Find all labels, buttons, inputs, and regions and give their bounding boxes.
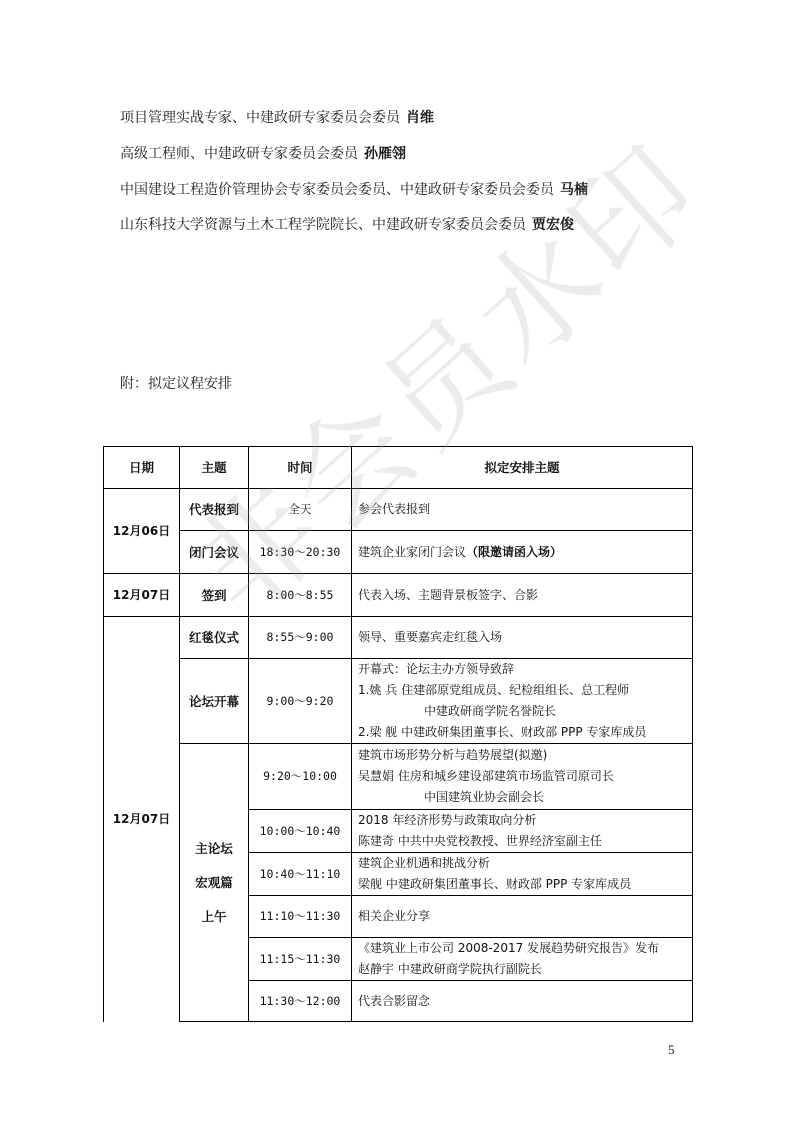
expert-title: 中国建设工程造价管理协会专家委员会委员、中建政研专家委员会委员 bbox=[120, 182, 554, 198]
date-cell: 12月07日 bbox=[104, 617, 180, 1022]
topic-cell: 论坛开幕 bbox=[180, 659, 249, 744]
topic-cell: 代表报到 bbox=[180, 489, 249, 531]
detail-line: 中建政研商学院名誉院长 bbox=[358, 701, 686, 722]
detail-line: 建筑市场形势分析与趋势展望(拟邀) bbox=[358, 745, 686, 766]
detail-line: 开幕式：论坛主办方领导致辞 bbox=[358, 659, 686, 680]
table-row: 12月07日 红毯仪式 8:55～9:00 领导、重要嘉宾走红毯入场 bbox=[104, 617, 693, 659]
topic-cell-main-forum: 主论坛 宏观篇 上午 bbox=[180, 744, 249, 1022]
time-cell: 11:30～12:00 bbox=[249, 981, 352, 1022]
expert-title: 项目管理实战专家、中建政研专家委员会委员 bbox=[120, 110, 400, 126]
expert-name: 贾宏俊 bbox=[532, 217, 574, 233]
detail-line: 赵静宇 中建政研商学院执行副院长 bbox=[358, 959, 686, 980]
detail-cell: 《建筑业上市公司 2008-2017 发展趋势研究报告》发布 赵静宇 中建政研商… bbox=[352, 938, 693, 981]
detail-line: 建筑企业机遇和挑战分析 bbox=[358, 853, 686, 874]
expert-line: 山东科技大学资源与土木工程学院院长、中建政研专家委员会委员贾宏俊 bbox=[120, 215, 574, 235]
topic-cell: 签到 bbox=[180, 574, 249, 617]
header-time: 时间 bbox=[249, 447, 352, 489]
detail-line: 中国建筑业协会副会长 bbox=[358, 787, 686, 808]
agenda-table: 日期 主题 时间 拟定安排主题 12月06日 代表报到 全天 参会代表报到 闭门… bbox=[103, 446, 693, 1022]
date-cell: 12月06日 bbox=[104, 489, 180, 574]
detail-cell: 开幕式：论坛主办方领导致辞 1.姚 兵 住建部原党组成员、纪检组组长、总工程师 … bbox=[352, 659, 693, 744]
expert-name: 马楠 bbox=[560, 182, 588, 198]
topic-cell: 闭门会议 bbox=[180, 531, 249, 574]
topic-line: 上午 bbox=[186, 900, 242, 934]
detail-text: 建筑企业家闭门会议 bbox=[358, 545, 466, 559]
detail-cell: 代表合影留念 bbox=[352, 981, 693, 1022]
time-cell: 10:00～10:40 bbox=[249, 810, 352, 853]
time-cell: 9:20～10:00 bbox=[249, 744, 352, 810]
expert-title: 山东科技大学资源与土木工程学院院长、中建政研专家委员会委员 bbox=[120, 217, 526, 233]
time-cell: 11:15～11:30 bbox=[249, 938, 352, 981]
detail-cell: 2018 年经济形势与政策取向分析 陈建奇 中共中央党校教授、世界经济室副主任 bbox=[352, 810, 693, 853]
expert-name: 肖维 bbox=[406, 110, 434, 126]
table-row: 12月07日 签到 8:00～8:55 代表入场、主题背景板签字、合影 bbox=[104, 574, 693, 617]
expert-line: 高级工程师、中建政研专家委员会委员孙雁翎 bbox=[120, 144, 406, 164]
detail-line: 2.梁 舰 中建政研集团董事长、财政部 PPP 专家库成员 bbox=[358, 722, 686, 743]
detail-cell: 参会代表报到 bbox=[352, 489, 693, 531]
expert-name: 孙雁翎 bbox=[364, 146, 406, 162]
table-header-row: 日期 主题 时间 拟定安排主题 bbox=[104, 447, 693, 489]
detail-cell: 代表入场、主题背景板签字、合影 bbox=[352, 574, 693, 617]
expert-line: 项目管理实战专家、中建政研专家委员会委员肖维 bbox=[120, 108, 434, 128]
page-number: 5 bbox=[668, 1042, 675, 1058]
time-cell: 11:10～11:30 bbox=[249, 896, 352, 938]
detail-line: 《建筑业上市公司 2008-2017 发展趋势研究报告》发布 bbox=[358, 938, 686, 959]
header-detail: 拟定安排主题 bbox=[352, 447, 693, 489]
topic-line: 宏观篇 bbox=[186, 866, 242, 900]
detail-cell: 建筑企业家闭门会议（限邀请函入场） bbox=[352, 531, 693, 574]
expert-title: 高级工程师、中建政研专家委员会委员 bbox=[120, 146, 358, 162]
document-page: 项目管理实战专家、中建政研专家委员会委员肖维 高级工程师、中建政研专家委员会委员… bbox=[0, 0, 793, 1122]
table-row: 论坛开幕 9:00～9:20 开幕式：论坛主办方领导致辞 1.姚 兵 住建部原党… bbox=[104, 659, 693, 744]
detail-line: 梁舰 中建政研集团董事长、财政部 PPP 专家库成员 bbox=[358, 874, 686, 895]
detail-line: 吴慧娟 住房和城乡建设部建筑市场监管司原司长 bbox=[358, 766, 686, 787]
header-date: 日期 bbox=[104, 447, 180, 489]
detail-cell: 建筑市场形势分析与趋势展望(拟邀) 吴慧娟 住房和城乡建设部建筑市场监管司原司长… bbox=[352, 744, 693, 810]
header-topic: 主题 bbox=[180, 447, 249, 489]
topic-cell: 红毯仪式 bbox=[180, 617, 249, 659]
time-cell: 8:00～8:55 bbox=[249, 574, 352, 617]
time-cell: 8:55～9:00 bbox=[249, 617, 352, 659]
topic-line: 主论坛 bbox=[186, 832, 242, 866]
detail-cell: 领导、重要嘉宾走红毯入场 bbox=[352, 617, 693, 659]
appendix-title: 附：拟定议程安排 bbox=[120, 374, 232, 394]
date-cell: 12月07日 bbox=[104, 574, 180, 617]
time-cell: 全天 bbox=[249, 489, 352, 531]
expert-line: 中国建设工程造价管理协会专家委员会委员、中建政研专家委员会委员马楠 bbox=[120, 180, 588, 200]
detail-bold-note: （限邀请函入场） bbox=[466, 545, 562, 559]
time-cell: 10:40～11:10 bbox=[249, 853, 352, 896]
detail-line: 1.姚 兵 住建部原党组成员、纪检组组长、总工程师 bbox=[358, 680, 686, 701]
detail-cell: 建筑企业机遇和挑战分析 梁舰 中建政研集团董事长、财政部 PPP 专家库成员 bbox=[352, 853, 693, 896]
detail-line: 陈建奇 中共中央党校教授、世界经济室副主任 bbox=[358, 831, 686, 852]
table-row: 主论坛 宏观篇 上午 9:20～10:00 建筑市场形势分析与趋势展望(拟邀) … bbox=[104, 744, 693, 810]
time-cell: 9:00～9:20 bbox=[249, 659, 352, 744]
time-cell: 18:30～20:30 bbox=[249, 531, 352, 574]
detail-cell: 相关企业分享 bbox=[352, 896, 693, 938]
detail-line: 2018 年经济形势与政策取向分析 bbox=[358, 810, 686, 831]
table-row: 闭门会议 18:30～20:30 建筑企业家闭门会议（限邀请函入场） bbox=[104, 531, 693, 574]
table-row: 12月06日 代表报到 全天 参会代表报到 bbox=[104, 489, 693, 531]
